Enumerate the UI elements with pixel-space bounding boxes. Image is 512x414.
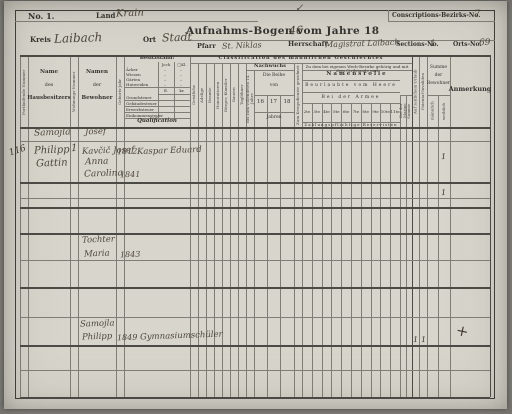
entry-birth-year: 1849 (117, 333, 138, 343)
column-header-hausbesitzer-2: des (28, 83, 70, 88)
nachwuchs-left-column: Bis zum vollendeten 14. Jahre (246, 71, 254, 126)
entry-resident: Josef (85, 127, 106, 138)
armee-cell: 9te (371, 110, 381, 114)
grid-line (254, 112, 294, 113)
column-header-wohnungsnummer: Wohnungs-Nummer (70, 60, 78, 124)
grid-line (351, 103, 352, 397)
classification-title: Classification des männlichen Geschlecht… (190, 56, 412, 61)
scanned-form: No. 1. Land Krain Conscriptions-Bezirks-… (0, 0, 512, 414)
besitzstand-unit-klafter: □Kl. (174, 63, 190, 67)
besitzstand-row-label: Hutweiden (126, 83, 148, 87)
grid-line (341, 103, 342, 397)
class-col-beamte: Beamte (206, 64, 214, 126)
grid-line (20, 260, 490, 261)
namensrolle-line3: Bei der Armee (302, 96, 400, 101)
entry-tally-mark: 1 (421, 335, 426, 344)
besitzstand-row-value: – (164, 83, 166, 87)
zwischen-column: Zum Kriegsdienste gewidmet (294, 64, 302, 126)
steuer-header-kr: kr. (174, 89, 190, 93)
summe-header-1: Summe (427, 66, 450, 71)
form-title: Aufnahms-Bogen vom Jahre 18 (186, 26, 380, 37)
grid-line (302, 103, 400, 104)
entry-owner-note: Gattin (36, 157, 68, 169)
grid-line (20, 370, 490, 371)
entry-owner-givenname: Philipp (34, 144, 70, 156)
entry-resident: Tochter (82, 234, 115, 245)
entry-resident: Philipp (82, 331, 113, 342)
namensrolle-footer: Zahlungspflichtige Reservisten (302, 123, 400, 127)
grid-line (302, 92, 400, 93)
anmerkung-header: Anmerkung (450, 86, 490, 93)
grid-line (20, 397, 490, 399)
entry-resident: Carolina (84, 168, 123, 179)
nachwuchs-cell-18: 18 (280, 100, 294, 106)
column-header-geburtsjahr: Geburts-Jahr (116, 60, 124, 124)
class-col-honoratioren: Honoratioren (214, 64, 222, 126)
grid-line (20, 182, 490, 184)
entry-tally-mark: 1 (441, 188, 446, 197)
entry-tally-mark: 1 (413, 335, 418, 344)
column-header-bewohner-3: Bewohner (78, 96, 116, 102)
steuer-row-label: Gebäudesteuer (126, 102, 157, 106)
grid-line (302, 80, 400, 81)
entry-tally-mark: 1 (441, 152, 446, 161)
steuer-row-label: Grundsteuer (126, 96, 152, 100)
nachwuchs-cell-16: 16 (254, 100, 267, 106)
grid-line (380, 103, 381, 397)
grid-line (254, 95, 294, 96)
nachwuchs-title: Nachwuchs (246, 64, 294, 69)
pfarr-value-handwriting: St. Niklas (222, 40, 262, 50)
grid-line (490, 55, 491, 397)
column-header-bewohner-2: der (78, 83, 116, 88)
grid-line (390, 103, 391, 397)
grid-line (322, 103, 323, 397)
besitzstand-row-value: – (180, 83, 182, 87)
grid-line (20, 317, 490, 318)
column-header-laufnummer: Fortlaufende Nummer (20, 60, 28, 124)
grid-line (20, 287, 490, 289)
entry-flat-number: 1 (71, 143, 78, 154)
conscription-district-label: Conscriptions-Bezirks-No. (392, 13, 480, 19)
pfarr-label: Pfarr (197, 43, 216, 50)
besitzstand-title: Besitzstand: (124, 56, 190, 61)
qualification-footer: Qualification (124, 119, 190, 125)
grid-line (20, 198, 490, 199)
herrschaft-label: Herrschaft (288, 41, 327, 48)
armee-cell: 6te (341, 110, 351, 114)
entry-resident: Anna (85, 157, 109, 168)
invaliden-column: Patental-Invaliden (419, 58, 427, 125)
grid-line (312, 103, 313, 397)
year-value-handwriting: 46 (289, 24, 303, 37)
armee-cell: 2te (302, 110, 312, 114)
grid-line (331, 103, 332, 397)
entry-owner-surname: Samojla (34, 127, 71, 138)
entry-resident: Samojla (80, 318, 115, 329)
column-header-hausbesitzer: Name (28, 70, 70, 76)
column-header-bewohner: Namen (78, 70, 116, 76)
entry-birth-year: 1843 (120, 250, 141, 260)
grid-line (20, 345, 490, 347)
armee-cell: 10te (380, 110, 390, 114)
section-value-handwriting: 1 (430, 39, 436, 49)
class-col-buerger: Bürger, Künstler (222, 64, 230, 126)
nachwuchs-unit-jahren: Jahren (254, 116, 294, 121)
grid-line (15, 21, 258, 22)
land-label: Land (96, 12, 115, 19)
kreis-label: Kreis (30, 36, 51, 43)
armee-cell: 7te (351, 110, 361, 114)
steuer-row-label: Erwerbsteuer (126, 108, 154, 112)
ort-value-handwriting: Stadt (162, 30, 192, 44)
besitzstand-unit-joch: Joch (158, 63, 174, 67)
land-value-handwriting: Krain (116, 8, 144, 20)
kreis-value-handwriting: Laibach (54, 30, 103, 46)
nachwuchs-cell-17: 17 (267, 100, 280, 106)
armee-cell: 3te (312, 110, 322, 114)
urlaub-column: Auf zeitlichem Urlaub (412, 58, 419, 125)
namensrolle-line2: Beurlaubte vom Heere (302, 84, 400, 89)
entry-birth-year: 1841 (120, 170, 141, 180)
column-header-hausbesitzer-3: Hausbesitzers (28, 96, 70, 102)
class-col-adelige: Adelige (198, 64, 206, 126)
nachwuchs-reihe-1: Die Reihe (254, 74, 294, 79)
conscription-district-value: 7 (474, 9, 481, 20)
class-col-bauern: Bauern (230, 64, 238, 126)
armee-cell: 5te (331, 110, 341, 114)
orts-label: Orts-No. (453, 42, 482, 48)
grid-line (388, 21, 495, 22)
summe-maennlich-column: männlich (427, 96, 438, 126)
grid-line (20, 141, 490, 142)
summe-header-2: der (427, 74, 450, 79)
grid-line (388, 10, 389, 21)
armee-cell: 4te (322, 110, 332, 114)
armee-cell: 8te (361, 110, 371, 114)
checkmark-handwriting: ✓ (295, 3, 304, 14)
entry-birth-year: 1812 (117, 147, 138, 157)
ort-label: Ort (143, 36, 156, 43)
summe-weiblich-column: weiblich (438, 96, 450, 126)
class-col-geistliche: Geistliche (190, 64, 198, 126)
orts-value-handwriting: 69 (479, 38, 491, 48)
grid-line (371, 103, 372, 397)
nachwuchs-reihe-2: von (254, 84, 294, 89)
entry-resident: Maria (84, 249, 110, 260)
steuer-header-fl: fl. (158, 89, 174, 93)
summe-header-3: Bewohner (427, 82, 450, 87)
form-number: No. 1. (28, 12, 54, 20)
namensrolle-line1: Namensrolle (302, 72, 412, 78)
grid-line (20, 207, 490, 209)
grid-line (361, 103, 362, 397)
grid-line (158, 94, 190, 95)
